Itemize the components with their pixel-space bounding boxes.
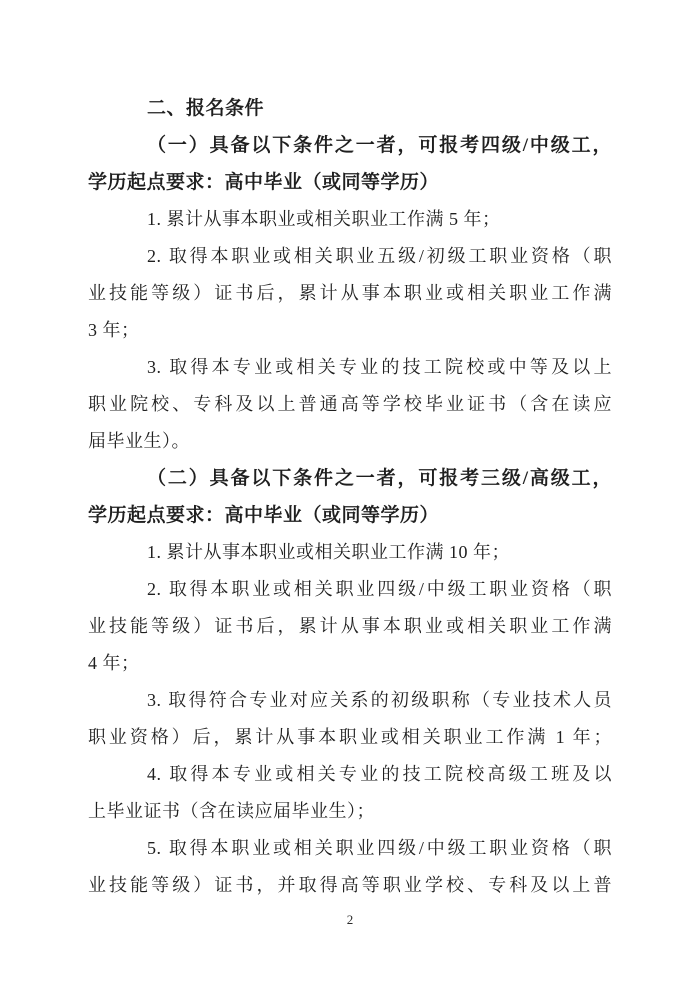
part1-item3-line1: 3. 取得本专业或相关专业的技工院校或中等及以上 [88, 349, 612, 386]
part2-item2-line1: 2. 取得本职业或相关职业四级/中级工职业资格（职 [88, 571, 612, 608]
part2-item3-line2: 职业资格）后，累计从事本职业或相关职业工作满 1 年； [88, 719, 612, 756]
part1-item2-line3: 3 年； [88, 312, 612, 349]
subheading-part2-line1: （二）具备以下条件之一者，可报考三级/高级工， [88, 460, 612, 497]
part2-item5-line2: 业技能等级）证书，并取得高等职业学校、专科及以上普 [88, 867, 612, 904]
document-body: 二、报名条件 （一）具备以下条件之一者，可报考四级/中级工， 学历起点要求：高中… [88, 90, 612, 904]
part1-item3-line3: 届毕业生）。 [88, 423, 612, 460]
part2-item4-line1: 4. 取得本专业或相关专业的技工院校高级工班及以 [88, 756, 612, 793]
subheading-part1-line1: （一）具备以下条件之一者，可报考四级/中级工， [88, 127, 612, 164]
part1-item2-line2: 业技能等级）证书后，累计从事本职业或相关职业工作满 [88, 275, 612, 312]
part1-item2-line1: 2. 取得本职业或相关职业五级/初级工职业资格（职 [88, 238, 612, 275]
page-number: 2 [0, 912, 700, 928]
heading-enrollment-conditions: 二、报名条件 [88, 90, 612, 127]
subheading-part2-line2: 学历起点要求：高中毕业（或同等学历） [88, 497, 612, 534]
part1-item3-line2: 职业院校、专科及以上普通高等学校毕业证书（含在读应 [88, 386, 612, 423]
part2-item1: 1. 累计从事本职业或相关职业工作满 10 年； [88, 534, 612, 571]
part2-item2-line3: 4 年； [88, 645, 612, 682]
part2-item3-line1: 3. 取得符合专业对应关系的初级职称（专业技术人员 [88, 682, 612, 719]
document-page: 二、报名条件 （一）具备以下条件之一者，可报考四级/中级工， 学历起点要求：高中… [0, 0, 700, 990]
part2-item4-line2: 上毕业证书（含在读应届毕业生）； [88, 793, 612, 830]
subheading-part1-line2: 学历起点要求：高中毕业（或同等学历） [88, 164, 612, 201]
part2-item2-line2: 业技能等级）证书后，累计从事本职业或相关职业工作满 [88, 608, 612, 645]
part2-item5-line1: 5. 取得本职业或相关职业四级/中级工职业资格（职 [88, 830, 612, 867]
part1-item1: 1. 累计从事本职业或相关职业工作满 5 年； [88, 201, 612, 238]
